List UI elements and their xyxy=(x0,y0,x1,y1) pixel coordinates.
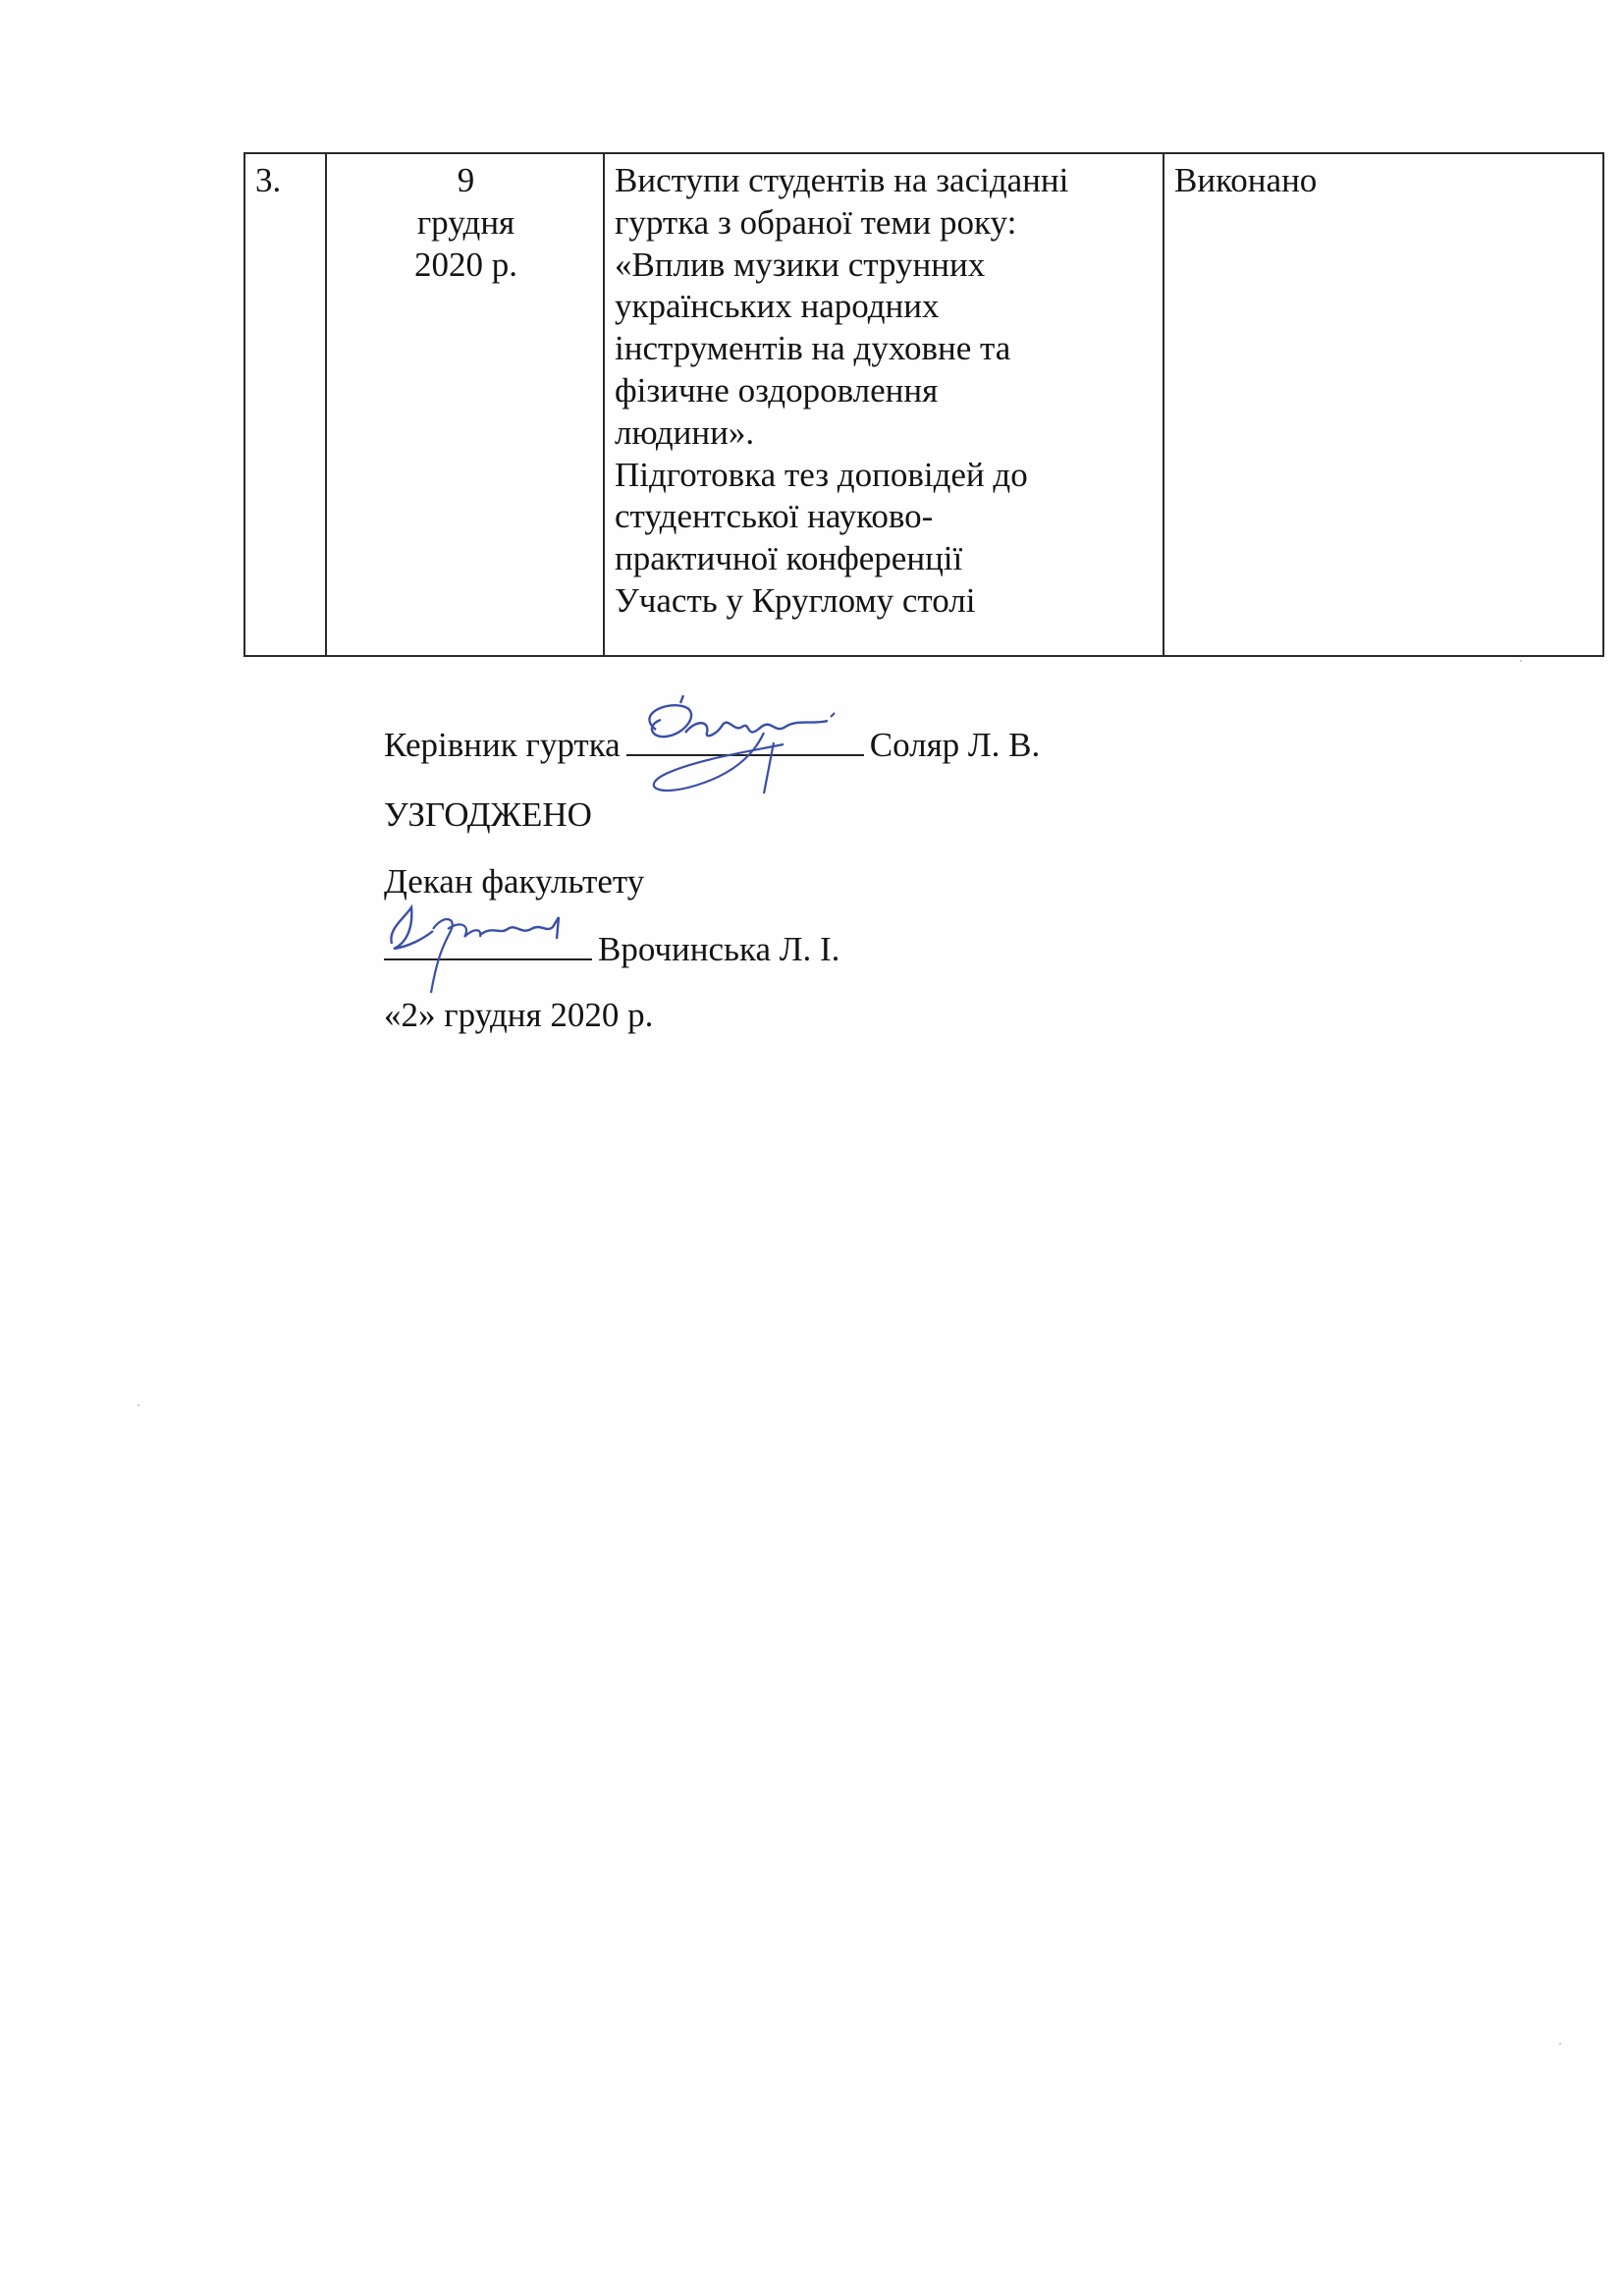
description-line: Підготовка тез доповідей до xyxy=(615,455,1155,497)
dean-signature-field xyxy=(384,929,592,960)
scan-speck xyxy=(1520,660,1522,662)
description-line: фізичне оздоровлення xyxy=(615,370,1155,412)
description-line: Виступи студентів на засіданні xyxy=(615,160,1155,202)
description-line: українських народних xyxy=(615,286,1155,328)
description-line: Участь у Круглому столі xyxy=(615,580,1155,623)
table-row: 3. 9 грудня 2020 р. Виступи студентів на… xyxy=(244,153,1603,656)
approved-label: УЗГОДЖЕНО xyxy=(384,795,592,835)
document-page: 3. 9 грудня 2020 р. Виступи студентів на… xyxy=(0,0,1624,2296)
description-line: «Вплив музики струнних xyxy=(615,245,1155,287)
description-line: практичної конференції xyxy=(615,538,1155,580)
description-line: інструментів на духовне та xyxy=(615,328,1155,370)
head-name: Соляр Л. В. xyxy=(870,726,1041,764)
dean-signature-line: Врочинська Л. І. xyxy=(384,929,839,969)
description-line: людини». xyxy=(615,412,1155,455)
dean-name: Врочинська Л. І. xyxy=(598,930,839,968)
description-line: гуртка з обраної теми року: xyxy=(615,202,1155,245)
approval-date: «2» грудня 2020 р. xyxy=(384,996,653,1035)
date-month: грудня xyxy=(337,202,595,245)
handwritten-signature-icon xyxy=(384,900,600,1008)
head-signature-field xyxy=(626,725,864,756)
handwritten-signature-icon xyxy=(626,695,872,803)
description-line: студентської науково- xyxy=(615,496,1155,538)
row-number: 3. xyxy=(244,153,326,656)
dean-label: Декан факультету xyxy=(384,862,644,902)
date-day: 9 xyxy=(337,160,595,202)
head-signature-line: Керівник гуртка Соляр Л. В. xyxy=(384,725,1040,765)
row-status: Виконано xyxy=(1164,153,1603,656)
row-date: 9 грудня 2020 р. xyxy=(326,153,604,656)
date-year: 2020 р. xyxy=(337,245,595,287)
scan-speck xyxy=(137,1404,139,1406)
row-description: Виступи студентів на засіданні гуртка з … xyxy=(604,153,1164,656)
head-label: Керівник гуртка xyxy=(384,726,621,764)
scan-speck xyxy=(1559,2043,1561,2045)
activity-table: 3. 9 грудня 2020 р. Виступи студентів на… xyxy=(244,152,1604,657)
